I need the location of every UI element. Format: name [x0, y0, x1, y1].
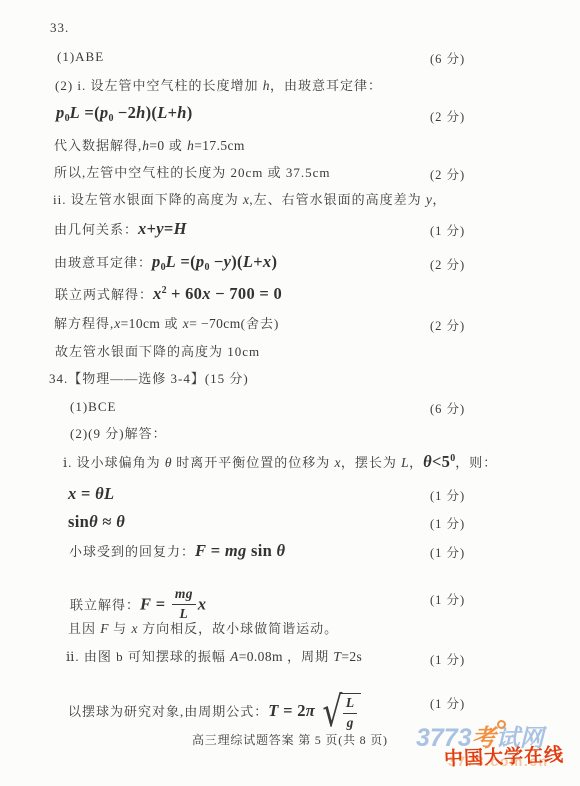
solution-substitute-data: 代入数据解得,h=0 或 h=17.5cm	[54, 138, 245, 155]
answer-34-1: (1)BCE	[70, 399, 116, 415]
conclusion-mercury-drop: 故左管水银面下降的高度为 10cm	[55, 344, 260, 360]
score-label: (6 分)	[430, 49, 465, 67]
formula-period: 以摆球为研究对象,由周期公式：T = 2π√Lg	[68, 692, 361, 734]
exam-answer-page: 33. (1)ABE (2) i. 设左管中空气柱的长度增加 h，由玻意耳定律：…	[0, 0, 580, 786]
conclusion-air-column: 所以,左管中空气柱的长度为 20cm 或 37.5cm	[54, 165, 331, 181]
note-shm-conclusion: 且因 F 与 x 方向相反，故小球做简谐运动。	[68, 621, 338, 638]
formula-sin-approx: sinθ ≈ θ	[68, 512, 125, 533]
formula-quadratic: 联立两式解得：x2 + 60x − 700 = 0	[55, 284, 282, 305]
score-label: (2 分)	[430, 107, 465, 125]
solution-solve-equation: 解方程得,x=10cm 或 x= −70cm(舍去)	[54, 316, 279, 333]
question-number-33: 33.	[50, 20, 69, 36]
answer-33-1: (1)ABE	[57, 49, 104, 65]
solution-34-ii-amplitude: ⅱ. 由图 b 可知摆球的振幅 A=0.08m ，周期 T=2s	[66, 649, 362, 666]
question-number-34: 34.【物理——选修 3-4】(15 分)	[49, 371, 249, 387]
score-label: (2 分)	[430, 255, 465, 273]
formula-geometry: 由几何关系：x+y=H	[54, 219, 187, 240]
page-footer: 高三理综试题答案 第 5 页(共 8 页)	[192, 731, 388, 748]
formula-displacement: x = θL	[68, 484, 114, 505]
formula-combined: 联立解得：F = mgLx	[70, 588, 206, 625]
formula-boyle-law-1: p0L =(p0 −2h)(L+h)	[56, 103, 193, 126]
score-label: (1 分)	[430, 514, 465, 532]
watermark-overlay: 中国大学在线	[444, 740, 565, 771]
solution-33-2-ii-intro: ii. 设左管水银面下降的高度为 x,左、右管水银面的高度差为 y，	[53, 192, 446, 209]
score-label: (1 分)	[430, 221, 465, 239]
score-label: (1 分)	[430, 590, 465, 608]
formula-restoring-force: 小球受到的回复力：F = mg sin θ	[69, 541, 285, 562]
score-label: (1 分)	[430, 486, 465, 504]
score-label: (6 分)	[430, 399, 465, 417]
score-label: (2 分)	[430, 165, 465, 183]
score-label: (1 分)	[430, 543, 465, 561]
solution-34-2-header: (2)(9 分)解答：	[70, 426, 167, 442]
score-label: (1 分)	[430, 650, 465, 668]
score-label: (1 分)	[430, 694, 465, 712]
solution-34-i-intro: ⅰ. 设小球偏角为 θ 时离开平衡位置的位移为 x，摆长为 L，θ<50，则：	[63, 452, 497, 473]
score-label: (2 分)	[430, 316, 465, 334]
formula-boyle-law-2: 由玻意耳定律：p0L =(p0 −y)(L+x)	[54, 252, 277, 275]
watermark-dot-icon	[497, 720, 506, 729]
solution-33-2-i-intro: (2) i. 设左管中空气柱的长度增加 h，由玻意耳定律：	[55, 78, 382, 95]
